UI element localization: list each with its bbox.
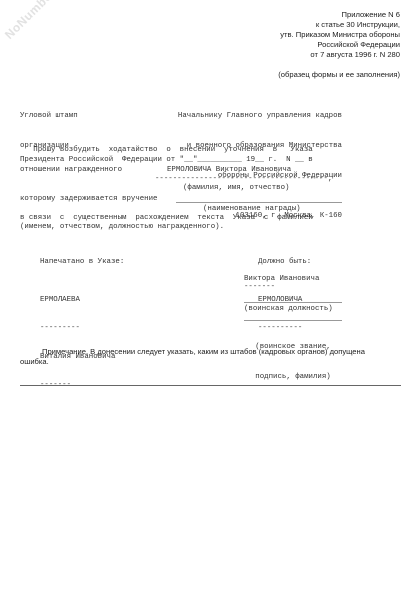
body-line-2: Президента Российской Федерации от "__"_…	[20, 155, 313, 165]
body-line-1: Прошу возбудить ходатайство о внесении у…	[20, 145, 313, 155]
note-line: Примечание. В донесении следует указать,…	[20, 347, 402, 357]
should-label: Должно быть:	[258, 257, 311, 267]
document-header: Приложение N 6 к статье 30 Инструкции, у…	[150, 10, 400, 80]
should-given-dash: -------	[244, 282, 275, 292]
header-line: от 7 августа 1996 г. N 280	[150, 50, 400, 60]
rank-caption-line: подпись, фамилия)	[244, 372, 342, 382]
stamp-line: Угловой штамп	[20, 111, 78, 121]
award-name-field[interactable]	[176, 202, 342, 203]
position-caption: (воинская должность)	[244, 304, 333, 314]
printed-label: Напечатано в Указе:	[40, 257, 124, 267]
watermark: NoNumber.ru	[2, 0, 70, 42]
addressee-line: Начальнику Главного управления кадров	[140, 111, 342, 121]
fio-caption: (фамилия, имя, отчество)	[183, 183, 289, 193]
position-field[interactable]	[244, 302, 342, 303]
note-line: ошибка.	[20, 357, 402, 367]
header-line: Российской Федерации	[150, 40, 400, 50]
printed-column: Напечатано в Указе: ЕРМОЛАЕВА --------- …	[40, 237, 124, 400]
body-line-3-label: отношении награжденного	[20, 165, 122, 175]
body-line-6: (именем, отчеством, должностью награжден…	[20, 222, 224, 232]
printed-surname: ЕРМОЛАЕВА	[40, 295, 124, 305]
bottom-divider	[20, 385, 401, 386]
signature-field[interactable]	[244, 320, 342, 321]
body-line-4-label: которому задерживается вручение	[20, 194, 158, 204]
printed-surname-dash: ---------	[40, 323, 124, 333]
header-line: Приложение N 6	[150, 10, 400, 20]
header-line: к статье 30 Инструкции,	[150, 20, 400, 30]
sample-note: (образец формы и ее заполнения)	[150, 70, 400, 80]
header-line: утв. Приказом Министра обороны	[150, 30, 400, 40]
note: Примечание. В донесении следует указать,…	[20, 347, 402, 367]
